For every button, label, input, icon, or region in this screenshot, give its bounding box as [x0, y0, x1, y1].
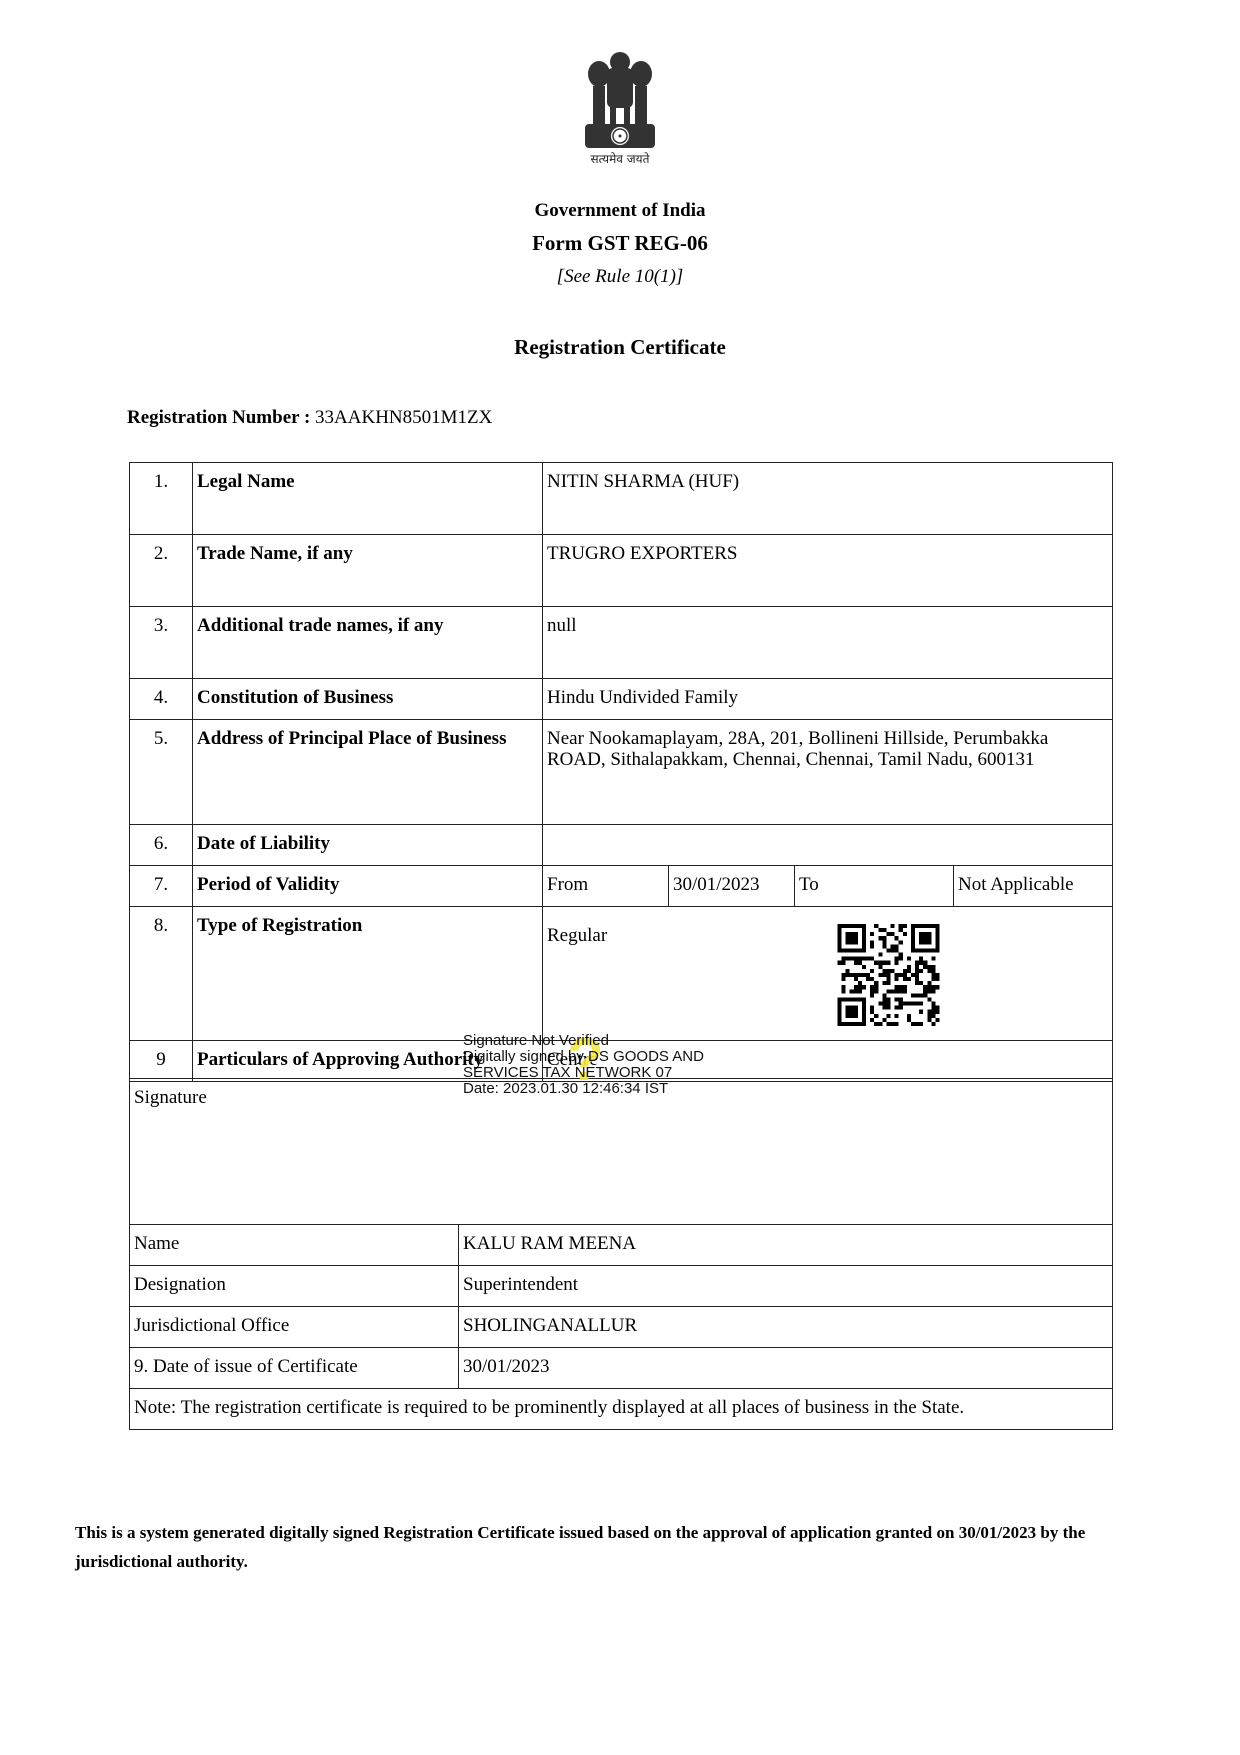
- table-row: 3. Additional trade names, if any null: [130, 607, 1113, 679]
- table-row: 5. Address of Principal Place of Busines…: [130, 720, 1113, 825]
- registration-number-value: 33AAKHN8501M1ZX: [315, 407, 492, 428]
- legal-name-value: NITIN SHARMA (HUF): [543, 463, 1113, 535]
- signature-label: Signature: [130, 1079, 1113, 1225]
- row-label: Address of Principal Place of Business: [193, 720, 543, 825]
- table-row: 2. Trade Name, if any TRUGRO EXPORTERS: [130, 535, 1113, 607]
- row-label: Date of Liability: [193, 825, 543, 866]
- signed-by-line-1: Digitally signed by DS GOODS AND: [463, 1049, 704, 1065]
- designation-value: Superintendent: [459, 1266, 1113, 1307]
- row-label: Trade Name, if any: [193, 535, 543, 607]
- row-number: 8.: [130, 907, 193, 1041]
- validity-from-date: 30/01/2023: [669, 866, 795, 907]
- table-row: Name KALU RAM MEENA: [130, 1225, 1113, 1266]
- row-label: Additional trade names, if any: [193, 607, 543, 679]
- table-row: Designation Superintendent: [130, 1266, 1113, 1307]
- table-row: Jurisdictional Office SHOLINGANALLUR: [130, 1307, 1113, 1348]
- digital-signature-stamp[interactable]: Signature Not Verified Digitally signed …: [463, 1033, 704, 1097]
- jurisdictional-office-value: SHOLINGANALLUR: [459, 1307, 1113, 1348]
- footer-disclaimer: This is a system generated digitally sig…: [75, 1518, 1165, 1576]
- additional-trade-names-value: null: [543, 607, 1113, 679]
- registration-number-label: Registration Number :: [127, 407, 310, 428]
- note-text: Note: The registration certificate is re…: [130, 1389, 1113, 1430]
- name-value: KALU RAM MEENA: [459, 1225, 1113, 1266]
- page-title: Registration Certificate: [0, 335, 1240, 360]
- table-row: 7. Period of Validity From 30/01/2023 To…: [130, 866, 1113, 907]
- table-row: 8. Type of Registration Regular: [130, 907, 1113, 1041]
- signed-by-line-2: SERVICES TAX NETWORK 07: [463, 1065, 704, 1081]
- note-row: Note: The registration certificate is re…: [130, 1389, 1113, 1430]
- qr-code-icon: [837, 924, 940, 1026]
- jurisdictional-office-label: Jurisdictional Office: [130, 1307, 459, 1348]
- row-number: 5.: [130, 720, 193, 825]
- signature-status: Signature Not Verified: [463, 1033, 704, 1049]
- issue-date-label: 9. Date of issue of Certificate: [130, 1348, 459, 1389]
- address-value: Near Nookamaplayam, 28A, 201, Bollineni …: [543, 720, 1113, 825]
- form-title: Form GST REG-06: [0, 231, 1240, 256]
- constitution-value: Hindu Undivided Family: [543, 679, 1113, 720]
- issue-date-value: 30/01/2023: [459, 1348, 1113, 1389]
- table-row: 4. Constitution of Business Hindu Undivi…: [130, 679, 1113, 720]
- row-label: Legal Name: [193, 463, 543, 535]
- trade-name-value: TRUGRO EXPORTERS: [543, 535, 1113, 607]
- row-number: 2.: [130, 535, 193, 607]
- rule-reference: [See Rule 10(1)]: [0, 266, 1240, 288]
- validity-to-date: Not Applicable: [954, 866, 1113, 907]
- table-row: 9. Date of issue of Certificate 30/01/20…: [130, 1348, 1113, 1389]
- name-label: Name: [130, 1225, 459, 1266]
- row-number: 3.: [130, 607, 193, 679]
- row-number: 7.: [130, 866, 193, 907]
- row-number: 6.: [130, 825, 193, 866]
- registration-type-value: Regular: [543, 907, 1113, 1041]
- national-emblem-icon: [577, 38, 663, 168]
- signature-row: Signature: [130, 1079, 1113, 1225]
- row-number: 1.: [130, 463, 193, 535]
- table-row: 1. Legal Name NITIN SHARMA (HUF): [130, 463, 1113, 535]
- validity-from-label: From: [543, 866, 669, 907]
- government-heading: Government of India: [0, 200, 1240, 222]
- row-label: Type of Registration: [193, 907, 543, 1041]
- registration-number: Registration Number : 33AAKHN8501M1ZX: [127, 407, 492, 429]
- designation-label: Designation: [130, 1266, 459, 1307]
- validity-to-label: To: [795, 866, 954, 907]
- row-label: Period of Validity: [193, 866, 543, 907]
- table-row: 6. Date of Liability: [130, 825, 1113, 866]
- row-number: 4.: [130, 679, 193, 720]
- registration-details-table: 1. Legal Name NITIN SHARMA (HUF) 2. Trad…: [129, 462, 1113, 1082]
- emblem-motto: सत्यमेव जयते: [560, 150, 680, 167]
- signature-date: Date: 2023.01.30 12:46:34 IST: [463, 1081, 704, 1097]
- row-label: Constitution of Business: [193, 679, 543, 720]
- date-of-liability-value: [543, 825, 1113, 866]
- approving-authority-table: Signature Name KALU RAM MEENA Designatio…: [129, 1078, 1113, 1430]
- row-number: 9: [130, 1041, 193, 1082]
